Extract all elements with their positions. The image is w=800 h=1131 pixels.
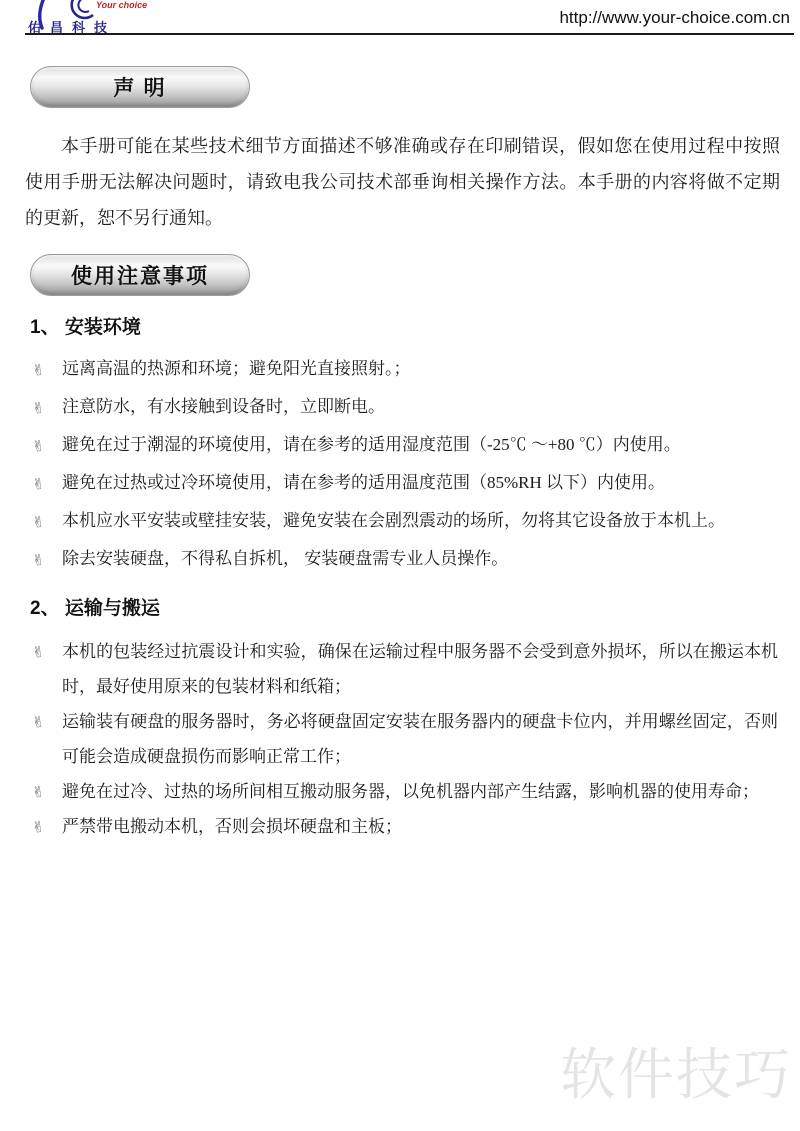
bullet-text: 除去安装硬盘，不得私自拆机， 安装硬盘需专业人员操作。 <box>62 547 778 571</box>
manual-page: Your choice 佑昌科技 http://www.your-choice.… <box>0 0 800 1131</box>
list-item: ✌ 除去安装硬盘，不得私自拆机， 安装硬盘需专业人员操作。 <box>0 547 800 571</box>
bullet-text: 避免在过热或过冷环境使用，请在参考的适用温度范围（85%RH 以下）内使用。 <box>62 471 778 495</box>
bullet-text: 远离高温的热源和环境；避免阳光直接照射。； <box>62 357 778 381</box>
section-2-heading: 2、 运输与搬运 <box>30 593 800 620</box>
section-1-heading: 1、 安装环境 <box>30 312 800 339</box>
hand-icon: ✌ <box>30 772 65 811</box>
precautions-title: 使用注意事项 <box>71 260 209 290</box>
bullet-text: 严禁带电搬动本机，否则会损坏硬盘和主板； <box>62 809 778 844</box>
hand-icon: ✌ <box>30 807 65 846</box>
bullet-text: 本机的包装经过抗震设计和实验，确保在运输过程中服务器不会受到意外损坏，所以在搬运… <box>62 634 778 704</box>
bullet-text: 运输装有硬盘的服务器时，务必将硬盘固定安装在服务器内的硬盘卡位内，并用螺丝固定，… <box>62 704 778 774</box>
statement-title: 声 明 <box>113 72 166 102</box>
list-item: ✌ 本机应水平安装或壁挂安装，避免安装在会剧烈震动的场所，勿将其它设备放于本机上… <box>0 509 800 533</box>
bullet-text: 本机应水平安装或壁挂安装，避免安装在会剧烈震动的场所，勿将其它设备放于本机上。 <box>62 509 778 533</box>
hand-icon: ✌ <box>30 355 63 383</box>
hand-icon: ✌ <box>30 431 63 459</box>
list-item: ✌ 本机的包装经过抗震设计和实验，确保在运输过程中服务器不会受到意外损坏，所以在… <box>0 634 800 704</box>
watermark-text: 软件技巧 <box>560 1031 792 1111</box>
bullet-text: 避免在过冷、过热的场所间相互搬动服务器，以免机器内部产生结露，影响机器的使用寿命… <box>62 774 778 809</box>
hand-icon: ✌ <box>30 469 63 497</box>
statement-paragraph: 本手册可能在某些技术细节方面描述不够准确或存在印刷错误，假如您在使用过程中按照使… <box>25 128 780 236</box>
list-item: ✌ 避免在过冷、过热的场所间相互搬动服务器，以免机器内部产生结露，影响机器的使用… <box>0 774 800 809</box>
list-item: ✌ 避免在过热或过冷环境使用，请在参考的适用温度范围（85%RH 以下）内使用。 <box>0 471 800 495</box>
installation-list: ✌ 远离高温的热源和环境；避免阳光直接照射。； ✌ 注意防水，有水接触到设备时，… <box>0 357 800 571</box>
list-item: ✌ 避免在过于潮湿的环境使用，请在参考的适用湿度范围（-25℃ ～+80 ℃）内… <box>0 433 800 457</box>
hand-icon: ✌ <box>30 545 63 573</box>
list-item: ✌ 运输装有硬盘的服务器时，务必将硬盘固定安装在服务器内的硬盘卡位内，并用螺丝固… <box>0 704 800 774</box>
bullet-text: 避免在过于潮湿的环境使用，请在参考的适用湿度范围（-25℃ ～+80 ℃）内使用… <box>62 433 778 457</box>
list-item: ✌ 注意防水，有水接触到设备时，立即断电。 <box>0 395 800 419</box>
bullet-text: 注意防水，有水接触到设备时，立即断电。 <box>62 395 778 419</box>
hand-icon: ✌ <box>30 632 65 671</box>
hand-icon: ✌ <box>30 702 65 741</box>
statement-pill: 声 明 <box>30 66 250 108</box>
list-item: ✌ 远离高温的热源和环境；避免阳光直接照射。； <box>0 357 800 381</box>
hand-icon: ✌ <box>30 393 63 421</box>
page-content: 声 明 本手册可能在某些技术细节方面描述不够准确或存在印刷错误，假如您在使用过程… <box>0 0 800 844</box>
list-item: ✌ 严禁带电搬动本机，否则会损坏硬盘和主板； <box>0 809 800 844</box>
hand-icon: ✌ <box>30 507 63 535</box>
transport-list: ✌ 本机的包装经过抗震设计和实验，确保在运输过程中服务器不会受到意外损坏，所以在… <box>0 634 800 844</box>
precautions-pill: 使用注意事项 <box>30 254 250 296</box>
